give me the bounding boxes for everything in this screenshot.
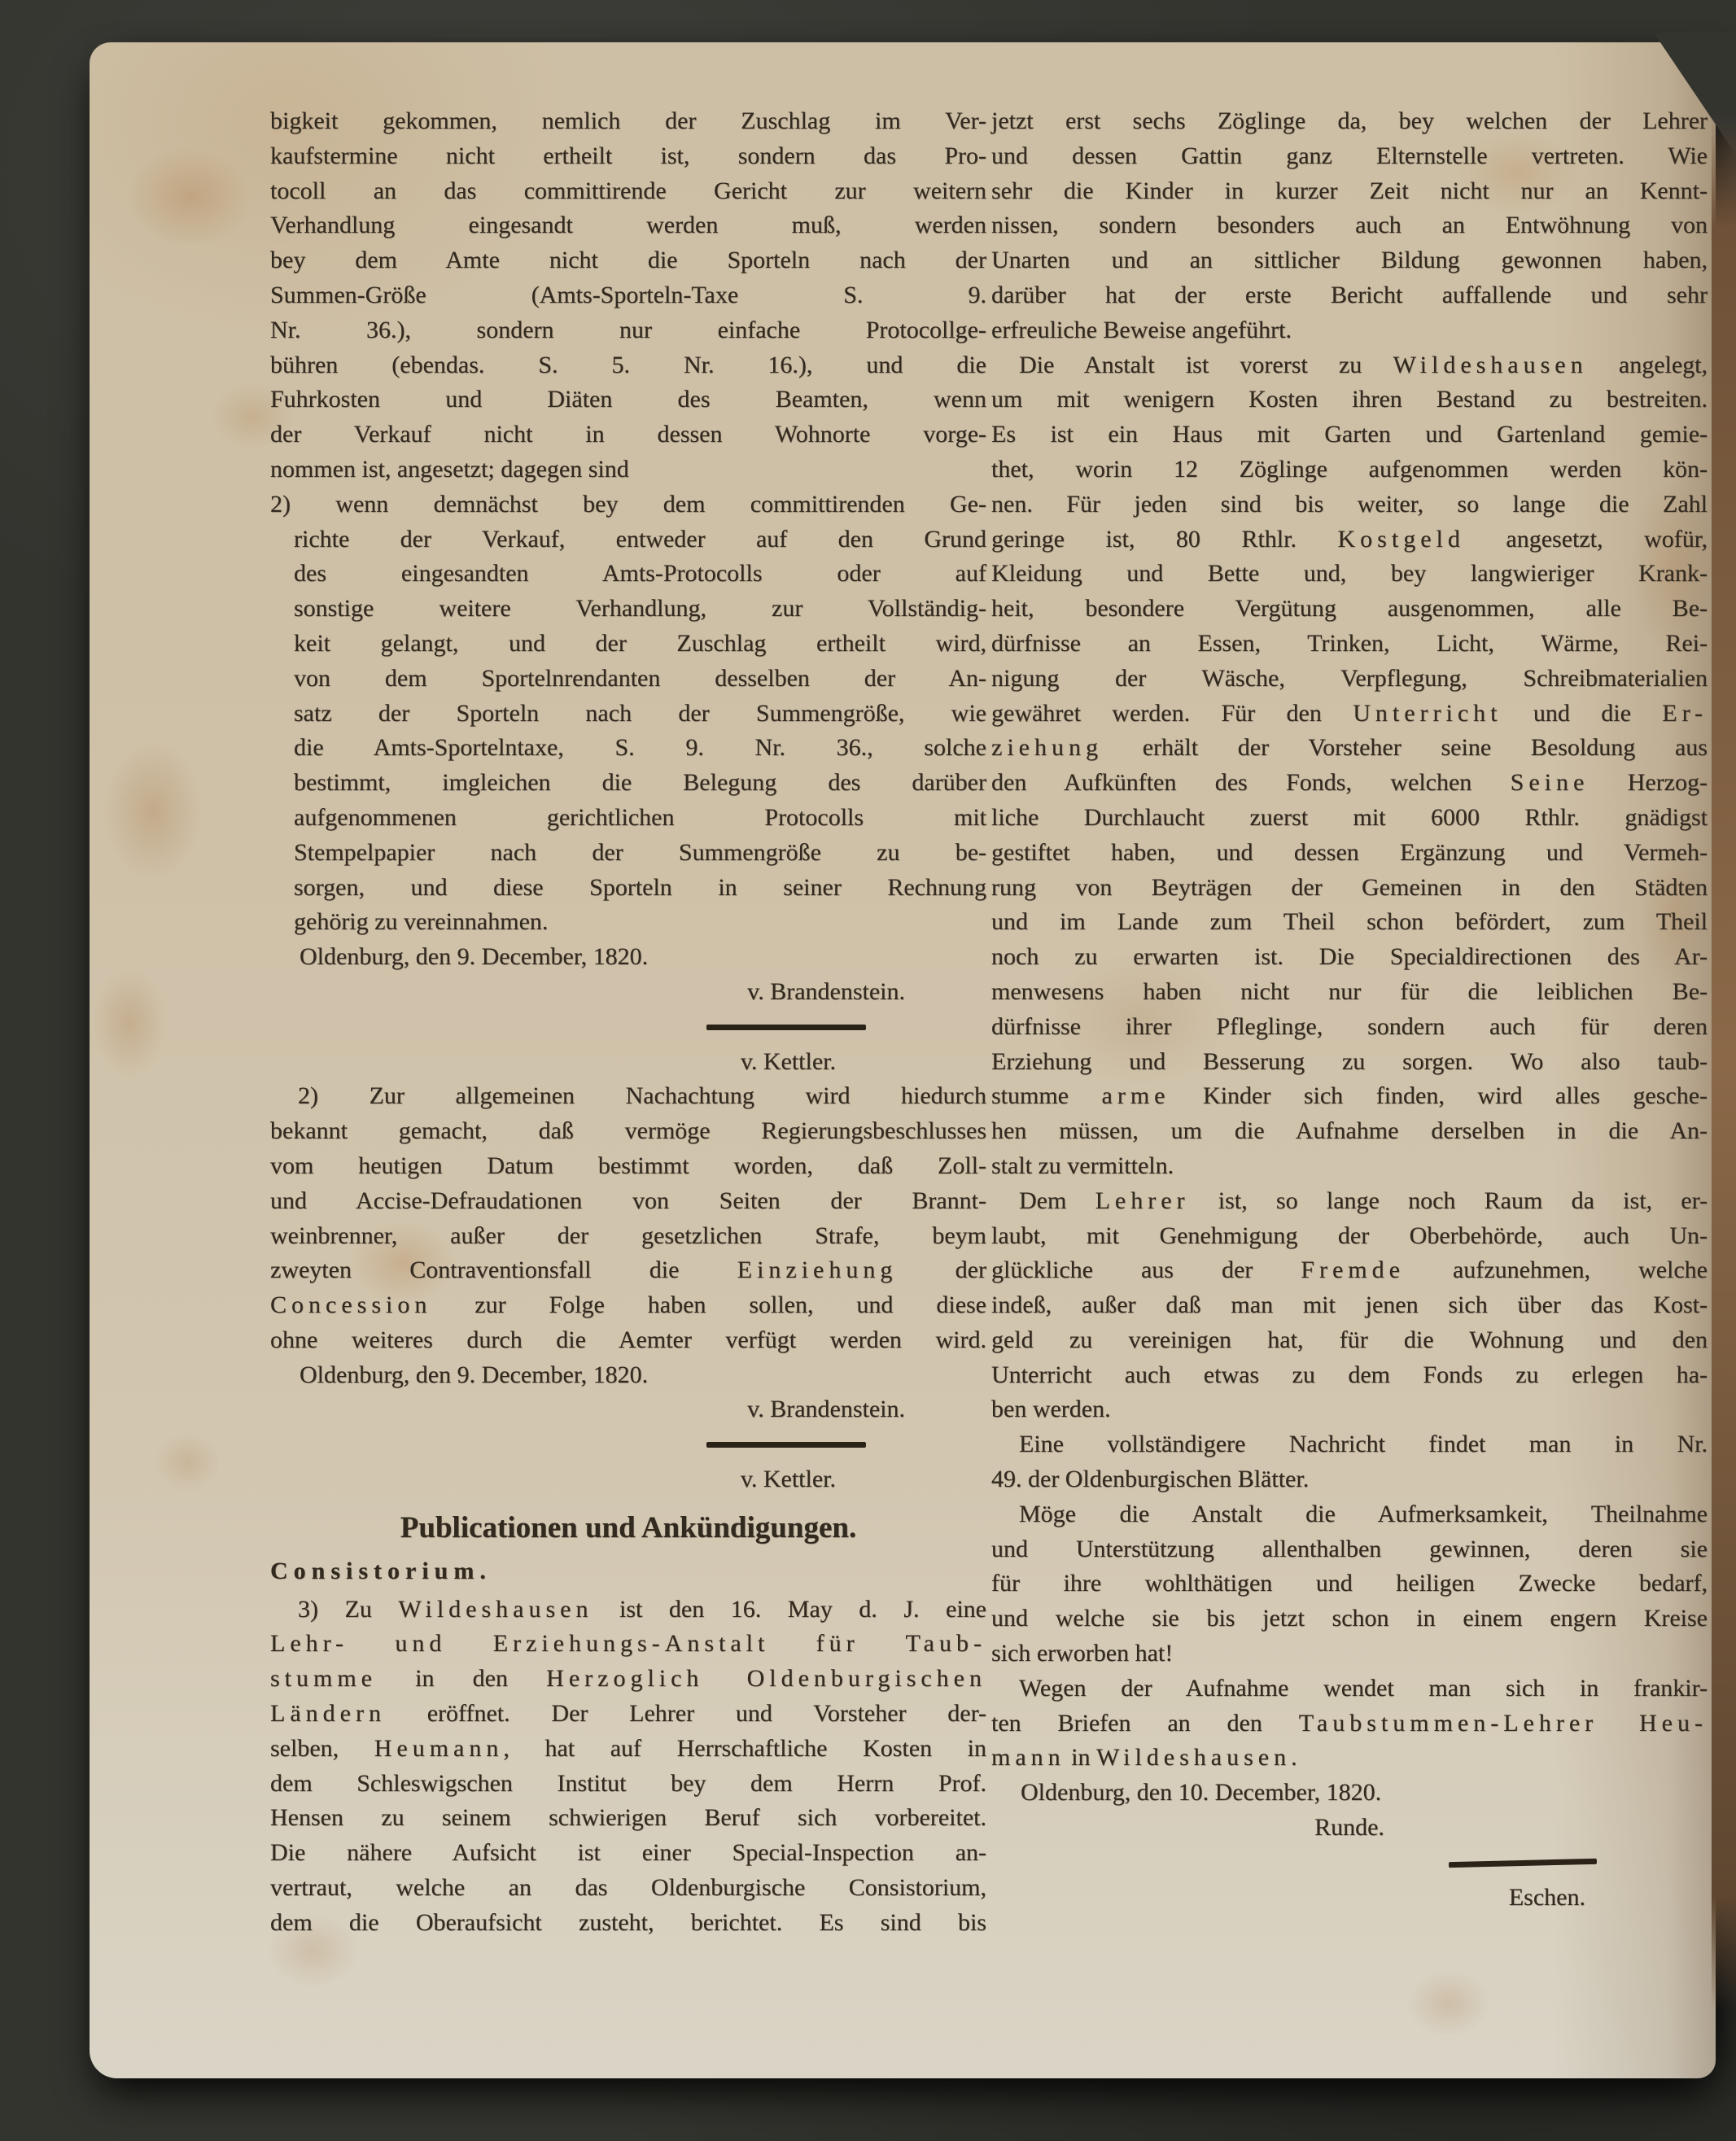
text-run: und die	[1502, 700, 1663, 727]
text-run: aufgenommenen gerichtlichen Protocolls m…	[294, 804, 986, 831]
paragraph: Wegen der Aufnahme wendet man sich in fr…	[991, 1671, 1708, 1776]
paragraph: bigkeit gekommen, nemlich der Zuschlag i…	[270, 104, 986, 487]
text-line: Verhandlung eingesandt werden muß, werde…	[270, 208, 986, 243]
text-line: und dessen Gattin ganz Elternstelle vert…	[991, 139, 1708, 174]
text-run: noch zu erwarten ist. Die Specialdirecti…	[991, 943, 1708, 970]
text-line: Eine vollständigere Nachricht findet man…	[991, 1427, 1708, 1462]
text-run: keit gelangt, und der Zuschlag ertheilt …	[294, 630, 986, 657]
signature: v. Brandenstein.	[270, 975, 986, 1010]
text-line: weinbrenner, außer der gesetzlichen Stra…	[270, 1219, 986, 1254]
paragraph: 2) Zur allgemeinen Nachachtung wird hied…	[270, 1079, 986, 1357]
text-run: ben werden.	[991, 1396, 1111, 1422]
separator-rule	[706, 1025, 866, 1030]
text-run: erhält der Vorsteher seine Besoldung aus	[1103, 734, 1708, 761]
text-run: Wegen der Aufnahme wendet man sich in fr…	[1019, 1675, 1708, 1702]
text-run: nommen ist, angesetzt; dagegen sind	[270, 456, 629, 483]
text-line: bekannt gemacht, daß vermöge Regierungsb…	[270, 1114, 986, 1149]
text-line: dürfnisse an Essen, Trinken, Licht, Wärm…	[991, 627, 1708, 662]
text-line: selben, Heumann, hat auf Herrschaftliche…	[270, 1732, 986, 1767]
text-run: Oldenburg, den 10. December, 1820.	[1021, 1779, 1381, 1806]
letterspaced-text: Concession	[270, 1291, 431, 1318]
rule	[270, 1427, 986, 1462]
text-run: darüber hat der erste Bericht auffallend…	[991, 282, 1708, 308]
text-line: 49. der Oldenburgischen Blätter.	[991, 1462, 1708, 1497]
text-line: Ländern eröffnet. Der Lehrer und Vorsteh…	[270, 1697, 986, 1732]
text-run: dürfnisse an Essen, Trinken, Licht, Wärm…	[991, 630, 1708, 657]
text-run: Hensen zu seinem schwierigen Beruf sich …	[270, 1804, 986, 1831]
text-run: bekannt gemacht, daß vermöge Regierungsb…	[270, 1117, 986, 1144]
text-line: keit gelangt, und der Zuschlag ertheilt …	[270, 627, 986, 662]
text-run: menwesens haben nicht nur für die leibli…	[991, 978, 1708, 1005]
text-run: dem Schleswigschen Institut bey dem Herr…	[270, 1770, 986, 1797]
text-run: v. Brandenstein.	[747, 1396, 905, 1422]
text-line: gewähret werden. Für den Unterricht und …	[991, 697, 1708, 732]
text-run: angelegt,	[1588, 352, 1708, 378]
text-run: Stempelpapier nach der Summengröße zu be…	[294, 839, 986, 866]
letterspaced-text: ziehung	[991, 734, 1103, 761]
text-line: Summen-Größe (Amts-Sporteln-Taxe S. 9.	[270, 278, 986, 313]
book-photograph: bigkeit gekommen, nemlich der Zuschlag i…	[0, 0, 1736, 2141]
text-line: bigkeit gekommen, nemlich der Zuschlag i…	[270, 104, 986, 139]
text-run: nigung der Wäsche, Verpflegung, Schreibm…	[991, 665, 1708, 692]
letterspaced-text: Wildeshausen	[398, 1596, 593, 1623]
text-run: Fuhrkosten und Diäten des Beamten, wenn	[270, 386, 986, 413]
text-line: um mit wenigern Kosten ihren Bestand zu …	[991, 382, 1708, 417]
text-line: ohne weiteres durch die Aemter verfügt w…	[270, 1323, 986, 1358]
text-line: hen müssen, um die Aufnahme derselben in…	[991, 1114, 1708, 1149]
text-run: Die nähere Aufsicht ist einer Special-In…	[270, 1839, 986, 1866]
text-line: dürfnisse ihrer Pfleglinge, sondern auch…	[991, 1010, 1708, 1045]
text-line: bestimmt, imgleichen die Belegung des da…	[270, 766, 986, 801]
text-line: dem Schleswigschen Institut bey dem Herr…	[270, 1767, 986, 1802]
text-run: indeß, außer daß man mit jenen sich über…	[991, 1291, 1708, 1318]
letterspaced-text: Lehr- und Erziehungs-Anstalt für Taub-	[270, 1630, 986, 1657]
text-run: gehörig zu vereinnahmen.	[294, 908, 548, 935]
text-run: von dem Sportelnrendanten desselben der …	[294, 665, 986, 692]
text-run: vertraut, welche an das Oldenburgische C…	[270, 1874, 986, 1901]
subheading: Consistorium.	[270, 1554, 986, 1589]
letterspaced-text: Er-	[1662, 700, 1708, 727]
text-run: und welche sie bis jetzt schon in einem …	[991, 1605, 1708, 1632]
text-run: tocoll an das committirende Gericht zur …	[270, 177, 986, 204]
text-run: geringe ist, 80 Rthlr.	[991, 526, 1338, 553]
text-line: der Verkauf nicht in dessen Wohnorte vor…	[270, 417, 986, 452]
paragraph: Die Anstalt ist vorerst zu Wildeshausen …	[991, 348, 1708, 1184]
signature: Runde.	[991, 1811, 1708, 1846]
text-line: satz der Sporteln nach der Summengröße, …	[270, 697, 986, 732]
text-run: Erziehung und Besserung zu sorgen. Wo al…	[991, 1048, 1708, 1075]
letterspaced-text: Wildeshausen	[1393, 352, 1588, 378]
text-line: 2) wenn demnächst bey dem committirenden…	[270, 487, 986, 522]
text-run: v. Kettler.	[741, 1466, 836, 1492]
text-run: angesetzt, wofür,	[1465, 526, 1708, 553]
signature: v. Brandenstein.	[270, 1392, 986, 1427]
text-line: vertraut, welche an das Oldenburgische C…	[270, 1871, 986, 1906]
text-run: der	[897, 1256, 986, 1283]
text-line: Dem Lehrer ist, so lange noch Raum da is…	[991, 1184, 1708, 1219]
letterspaced-text: Taubstummen-Lehrer Heu-	[1299, 1710, 1708, 1737]
letterspaced-text: Heumann	[374, 1735, 504, 1762]
text-run: eröffnet. Der Lehrer und Vorsteher der-	[386, 1700, 986, 1727]
text-line: Stempelpapier nach der Summengröße zu be…	[270, 836, 986, 871]
text-line: den Aufkünften des Fonds, welchen Seine …	[991, 766, 1708, 801]
text-line: sorgen, und diese Sporteln in seiner Rec…	[270, 871, 986, 906]
text-run: in	[1065, 1744, 1096, 1771]
letterspaced-text: Wildeshausen	[1096, 1744, 1291, 1771]
heading: Publicationen und Ankündigungen.	[270, 1505, 986, 1551]
right-text-column: jetzt erst sechs Zöglinge da, bey welche…	[991, 104, 1708, 1915]
text-run: sonstige weitere Verhandlung, zur Vollst…	[294, 595, 986, 622]
text-run: satz der Sporteln nach der Summengröße, …	[294, 700, 986, 727]
text-line: und Unterstützung allenthalben gewinnen,…	[991, 1532, 1708, 1567]
text-run: bühren (ebendas. S. 5. Nr. 16.), und die	[270, 352, 986, 378]
text-run: dürfnisse ihrer Pfleglinge, sondern auch…	[991, 1013, 1708, 1040]
text-line: 2) Zur allgemeinen Nachachtung wird hied…	[270, 1079, 986, 1114]
text-run: Nr. 36.), sondern nur einfache Protocoll…	[270, 317, 986, 343]
text-line: und welche sie bis jetzt schon in einem …	[991, 1601, 1708, 1636]
left-text-column: bigkeit gekommen, nemlich der Zuschlag i…	[270, 104, 986, 1941]
text-run: Verhandlung eingesandt werden muß, werde…	[270, 212, 986, 238]
text-run: jetzt erst sechs Zöglinge da, bey welche…	[991, 107, 1708, 134]
text-line: sonstige weitere Verhandlung, zur Vollst…	[270, 592, 986, 627]
text-run: Unarten und an sittlicher Bildung gewonn…	[991, 247, 1708, 273]
text-line: mann in Wildeshausen.	[991, 1741, 1708, 1776]
text-run: die Amts-Sportelntaxe, S. 9. Nr. 36., so…	[294, 734, 986, 761]
paragraph: 3) Zu Wildeshausen ist den 16. May d. J.…	[270, 1593, 986, 1941]
text-line: gehörig zu vereinnahmen.	[270, 905, 986, 940]
text-line: sehr die Kinder in kurzer Zeit nicht nur…	[991, 174, 1708, 209]
text-line: des eingesandten Amts-Protocolls oder au…	[270, 557, 986, 592]
text-line: Nr. 36.), sondern nur einfache Protocoll…	[270, 313, 986, 348]
text-run: weinbrenner, außer der gesetzlichen Stra…	[270, 1222, 986, 1249]
text-line: nommen ist, angesetzt; dagegen sind	[270, 452, 986, 487]
paragraph: Möge die Anstalt die Aufmerksamkeit, The…	[991, 1497, 1708, 1671]
text-line: gestiftet haben, und dessen Ergänzung un…	[991, 836, 1708, 871]
text-line: geld zu vereinigen hat, für die Wohnung …	[991, 1323, 1708, 1358]
text-line: Die Anstalt ist vorerst zu Wildeshausen …	[991, 348, 1708, 383]
text-line: Concession zur Folge haben sollen, und d…	[270, 1288, 986, 1323]
text-line: kaufstermine nicht ertheilt ist, sondern…	[270, 139, 986, 174]
dateline: Oldenburg, den 9. December, 1820.	[270, 1358, 986, 1393]
separator-rule	[706, 1442, 866, 1448]
text-run: Eine vollständigere Nachricht findet man…	[1019, 1431, 1708, 1457]
text-line: darüber hat der erste Bericht auffallend…	[991, 278, 1708, 313]
text-line: menwesens haben nicht nur für die leibli…	[991, 975, 1708, 1010]
text-line: thet, worin 12 Zöglinge aufgenommen werd…	[991, 452, 1708, 487]
text-run: Die Anstalt ist vorerst zu	[1019, 352, 1393, 378]
text-run: ist den 16. May d. J. eine	[593, 1596, 986, 1623]
text-run: für ihre wohlthätigen und heiligen Zweck…	[991, 1570, 1708, 1597]
text-line: geringe ist, 80 Rthlr. Kostgeld angesetz…	[991, 522, 1708, 557]
book-spine-edge	[1712, 114, 1736, 2010]
text-line: jetzt erst sechs Zöglinge da, bey welche…	[991, 104, 1708, 139]
letterspaced-text: Fremde	[1301, 1256, 1405, 1283]
text-run: Publicationen und Ankündigungen.	[400, 1511, 856, 1545]
text-run: Oldenburg, den 9. December, 1820.	[300, 1361, 648, 1388]
text-line: Unterricht auch etwas zu dem Fonds zu er…	[991, 1358, 1708, 1393]
text-line: die Amts-Sportelntaxe, S. 9. Nr. 36., so…	[270, 731, 986, 766]
text-line: Möge die Anstalt die Aufmerksamkeit, The…	[991, 1497, 1708, 1532]
text-run: hen müssen, um die Aufnahme derselben in…	[991, 1117, 1708, 1144]
text-run: , hat auf Herrschaftliche Kosten in	[503, 1735, 986, 1762]
letterspaced-text: Einziehung	[737, 1256, 898, 1283]
text-run: Runde.	[1314, 1814, 1384, 1841]
text-run: richte der Verkauf, entweder auf den Gru…	[294, 526, 986, 553]
text-run: der Verkauf nicht in dessen Wohnorte vor…	[270, 421, 986, 448]
text-run: Consistorium.	[270, 1558, 492, 1584]
text-line: liche Durchlaucht zuerst mit 6000 Rthlr.…	[991, 801, 1708, 836]
text-run: ist, so lange noch Raum da ist, er-	[1190, 1187, 1708, 1214]
text-run: um mit wenigern Kosten ihren Bestand zu …	[991, 386, 1708, 413]
paragraph: Dem Lehrer ist, so lange noch Raum da is…	[991, 1184, 1708, 1428]
text-line: Fuhrkosten und Diäten des Beamten, wenn	[270, 382, 986, 417]
dateline: Oldenburg, den 10. December, 1820.	[991, 1776, 1708, 1811]
text-run: gewähret werden. Für den	[991, 700, 1353, 727]
text-run: Eschen.	[1509, 1884, 1585, 1911]
text-run: 2) Zur allgemeinen Nachachtung wird hied…	[298, 1082, 986, 1109]
text-run: Unterricht auch etwas zu dem Fonds zu er…	[991, 1361, 1708, 1388]
text-run: und dessen Gattin ganz Elternstelle vert…	[991, 142, 1708, 169]
text-line: stalt zu vermitteln.	[991, 1149, 1708, 1184]
text-run: ohne weiteres durch die Aemter verfügt w…	[270, 1326, 986, 1353]
text-line: Es ist ein Haus mit Garten und Gartenlan…	[991, 417, 1708, 452]
letterspaced-text: Ländern	[270, 1700, 386, 1727]
text-line: richte der Verkauf, entweder auf den Gru…	[270, 522, 986, 557]
text-run: Möge die Anstalt die Aufmerksamkeit, The…	[1019, 1501, 1708, 1527]
text-line: tocoll an das committirende Gericht zur …	[270, 174, 986, 209]
text-run: glückliche aus der	[991, 1256, 1301, 1283]
paragraph: Eine vollständigere Nachricht findet man…	[991, 1427, 1708, 1497]
text-run: gestiftet haben, und dessen Ergänzung un…	[991, 839, 1708, 866]
text-run: erfreuliche Beweise angeführt.	[991, 317, 1292, 343]
text-run: stalt zu vermitteln.	[991, 1152, 1174, 1179]
text-run: und Unterstützung allenthalben gewinnen,…	[991, 1536, 1708, 1562]
text-line: ben werden.	[991, 1392, 1708, 1427]
text-run: und im Lande zum Theil schon befördert, …	[991, 908, 1708, 935]
text-line: bühren (ebendas. S. 5. Nr. 16.), und die	[270, 348, 986, 383]
text-run: zweyten Contraventionsfall die	[270, 1256, 737, 1283]
text-run: ten Briefen an den	[991, 1710, 1299, 1737]
text-line: zweyten Contraventionsfall die Einziehun…	[270, 1253, 986, 1288]
letterspaced-text: mann	[991, 1744, 1065, 1771]
text-line: erfreuliche Beweise angeführt.	[991, 313, 1708, 348]
text-run: in den	[377, 1665, 546, 1692]
text-run: v. Kettler.	[741, 1048, 836, 1075]
text-run: bestimmt, imgleichen die Belegung des da…	[294, 769, 986, 796]
letterspaced-text: Kostgeld	[1338, 526, 1465, 553]
text-line: bey dem Amte nicht die Sporteln nach der	[270, 243, 986, 278]
text-line: nen. Für jeden sind bis weiter, so lange…	[991, 487, 1708, 522]
text-line: Hensen zu seinem schwierigen Beruf sich …	[270, 1801, 986, 1836]
text-run: dem die Oberaufsicht zusteht, berichtet.…	[270, 1909, 986, 1936]
paragraph: 2) wenn demnächst bey dem committirenden…	[270, 487, 986, 940]
text-line: indeß, außer daß man mit jenen sich über…	[991, 1288, 1708, 1323]
letterspaced-text: Lehrer	[1095, 1187, 1190, 1214]
letterspaced-text: Herzoglich Oldenburgischen	[546, 1665, 986, 1692]
text-run: v. Brandenstein.	[747, 978, 905, 1005]
text-line: Erziehung und Besserung zu sorgen. Wo al…	[991, 1045, 1708, 1080]
rule	[270, 1010, 986, 1045]
text-run: liche Durchlaucht zuerst mit 6000 Rthlr.…	[991, 804, 1708, 831]
text-line: sich erworben hat!	[991, 1636, 1708, 1671]
text-run: .	[1291, 1744, 1297, 1771]
text-line: für ihre wohlthätigen und heiligen Zweck…	[991, 1566, 1708, 1601]
signature: v. Kettler.	[270, 1045, 986, 1080]
text-run: 2) wenn demnächst bey dem committirenden…	[270, 491, 986, 518]
text-run: Dem	[1019, 1187, 1095, 1214]
text-run: Herzog-	[1589, 769, 1708, 796]
paragraph: jetzt erst sechs Zöglinge da, bey welche…	[991, 104, 1708, 348]
text-line: Wegen der Aufnahme wendet man sich in fr…	[991, 1671, 1708, 1706]
text-line: Kleidung und Bette und, bey langwieriger…	[991, 557, 1708, 592]
text-run: nissen, sondern besonders auch an Entwöh…	[991, 212, 1708, 238]
signature: v. Kettler.	[270, 1462, 986, 1497]
text-run: sich erworben hat!	[991, 1640, 1173, 1667]
text-line: stumme arme Kinder sich finden, wird all…	[991, 1079, 1708, 1114]
text-line: und Accise-Defraudationen von Seiten der…	[270, 1184, 986, 1219]
text-run: bey dem Amte nicht die Sporteln nach der	[270, 247, 986, 273]
rule	[991, 1846, 1708, 1881]
text-run: thet, worin 12 Zöglinge aufgenommen werd…	[991, 456, 1708, 483]
text-run: Kinder sich finden, wird alles gesche-	[1170, 1082, 1708, 1109]
text-line: rung von Beyträgen der Gemeinen in den S…	[991, 871, 1708, 906]
text-run: kaufstermine nicht ertheilt ist, sondern…	[270, 142, 986, 169]
text-line: 3) Zu Wildeshausen ist den 16. May d. J.…	[270, 1593, 986, 1628]
text-line: glückliche aus der Fremde aufzunehmen, w…	[991, 1253, 1708, 1288]
text-line: noch zu erwarten ist. Die Specialdirecti…	[991, 940, 1708, 975]
text-run: nen. Für jeden sind bis weiter, so lange…	[991, 491, 1708, 518]
text-line: dem die Oberaufsicht zusteht, berichtet.…	[270, 1906, 986, 1941]
text-line: heit, besondere Vergütung ausgenommen, a…	[991, 592, 1708, 627]
text-run: sorgen, und diese Sporteln in seiner Rec…	[294, 874, 986, 901]
text-run: heit, besondere Vergütung ausgenommen, a…	[991, 595, 1708, 622]
text-line: aufgenommenen gerichtlichen Protocolls m…	[270, 801, 986, 836]
signature: Eschen.	[991, 1881, 1708, 1916]
text-line: nissen, sondern besonders auch an Entwöh…	[991, 208, 1708, 243]
text-line: ziehung erhält der Vorsteher seine Besol…	[991, 731, 1708, 766]
text-line: ten Briefen an den Taubstummen-Lehrer He…	[991, 1706, 1708, 1741]
text-run: und Accise-Defraudationen von Seiten der…	[270, 1187, 986, 1214]
letterspaced-text: stumme	[270, 1665, 377, 1692]
text-run: Summen-Größe (Amts-Sporteln-Taxe S. 9.	[270, 282, 986, 308]
text-run: zur Folge haben sollen, und diese	[431, 1291, 986, 1318]
text-run: laubt, mit Genehmigung der Oberbehörde, …	[991, 1222, 1708, 1249]
text-line: stumme in den Herzoglich Oldenburgischen	[270, 1662, 986, 1697]
text-line: Lehr- und Erziehungs-Anstalt für Taub-	[270, 1627, 986, 1662]
text-run: 3) Zu	[298, 1596, 398, 1623]
text-line: Unarten und an sittlicher Bildung gewonn…	[991, 243, 1708, 278]
text-run: rung von Beyträgen der Gemeinen in den S…	[991, 874, 1708, 901]
text-run: geld zu vereinigen hat, für die Wohnung …	[991, 1326, 1708, 1353]
text-line: von dem Sportelnrendanten desselben der …	[270, 662, 986, 697]
separator-rule	[1449, 1859, 1597, 1868]
text-run: bigkeit gekommen, nemlich der Zuschlag i…	[270, 107, 986, 134]
letterspaced-text: Seine	[1511, 769, 1590, 796]
text-line: vom heutigen Datum bestimmt worden, daß …	[270, 1149, 986, 1184]
text-run: selben,	[270, 1735, 374, 1762]
text-run: Kleidung und Bette und, bey langwieriger…	[991, 560, 1708, 587]
letterspaced-text: arme	[1102, 1082, 1170, 1109]
text-line: und im Lande zum Theil schon befördert, …	[991, 905, 1708, 940]
text-run: vom heutigen Datum bestimmt worden, daß …	[270, 1152, 986, 1179]
letterspaced-text: Unterricht	[1353, 700, 1502, 727]
text-run: des eingesandten Amts-Protocolls oder au…	[294, 560, 986, 587]
text-run: 49. der Oldenburgischen Blätter.	[991, 1466, 1309, 1492]
text-line: laubt, mit Genehmigung der Oberbehörde, …	[991, 1219, 1708, 1254]
text-run: stumme	[991, 1082, 1102, 1109]
dateline: Oldenburg, den 9. December, 1820.	[270, 940, 986, 975]
text-line: Die nähere Aufsicht ist einer Special-In…	[270, 1836, 986, 1871]
text-run: den Aufkünften des Fonds, welchen	[991, 769, 1511, 796]
text-line: nigung der Wäsche, Verpflegung, Schreibm…	[991, 662, 1708, 697]
text-run: Oldenburg, den 9. December, 1820.	[300, 943, 648, 970]
text-run: sehr die Kinder in kurzer Zeit nicht nur…	[991, 177, 1708, 204]
text-run: aufzunehmen, welche	[1405, 1256, 1708, 1283]
text-run: Es ist ein Haus mit Garten und Gartenlan…	[991, 421, 1708, 448]
